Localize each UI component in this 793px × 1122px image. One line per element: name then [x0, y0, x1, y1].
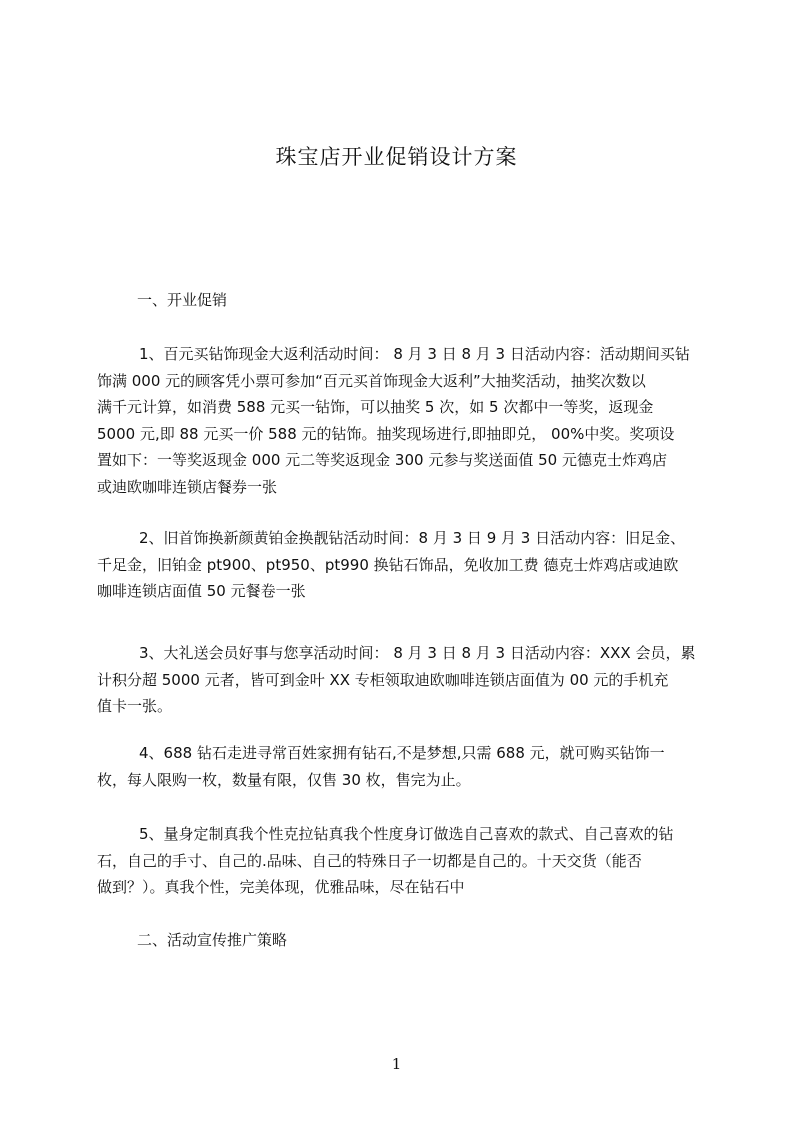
paragraph-line: 枚，每人限购一枚，数量有限，仅售 30 枚，售完为止。 [97, 767, 793, 794]
paragraph-line: 饰满 000 元的顾客凭小票可参加“百元买首饰现金大返利”大抽奖活动，抽奖次数以 [97, 368, 793, 395]
page-number: 1 [0, 1054, 793, 1074]
paragraph-item-5: 5、量身定制真我个性克拉钻真我个性度身订做选自己喜欢的款式、自己喜欢的钻 石，自… [97, 821, 793, 901]
paragraph-line: 置如下：一等奖返现金 000 元二等奖返现金 300 元参与奖送面值 50 元德… [97, 447, 793, 474]
paragraph-line: 计积分超 5000 元者，皆可到金叶 XX 专柜领取迪欧咖啡连锁店面值为 00 … [97, 667, 793, 694]
paragraph-item-3: 3、大礼送会员好事与您享活动时间： 8 月 3 日 8 月 3 日活动内容：XX… [97, 640, 793, 720]
paragraph-line: 3、大礼送会员好事与您享活动时间： 8 月 3 日 8 月 3 日活动内容：XX… [97, 640, 793, 667]
paragraph-line: 千足金，旧铂金 pt900、pt950、pt990 换钻石饰品，免收加工费 德克… [97, 552, 793, 579]
paragraph-line: 满千元计算，如消费 588 元买一钻饰，可以抽奖 5 次，如 5 次都中一等奖，… [97, 394, 793, 421]
document-title: 珠宝店开业促销设计方案 [0, 142, 793, 172]
paragraph-line: 咖啡连锁店面值 50 元餐卷一张 [97, 578, 793, 605]
paragraph-line: 5、量身定制真我个性克拉钻真我个性度身订做选自己喜欢的款式、自己喜欢的钻 [97, 821, 793, 848]
section-heading-promotion-strategy: 二、活动宣传推广策略 [137, 930, 287, 950]
paragraph-line: 或迪欧咖啡连锁店餐券一张 [97, 474, 793, 501]
document-page: 珠宝店开业促销设计方案 一、开业促销 1、百元买钻饰现金大返利活动时间： 8 月… [0, 0, 793, 1122]
paragraph-item-1: 1、百元买钻饰现金大返利活动时间： 8 月 3 日 8 月 3 日活动内容：活动… [97, 341, 793, 500]
paragraph-item-4: 4、688 钻石走进寻常百姓家拥有钻石,不是梦想,只需 688 元，就可购买钻饰… [97, 740, 793, 793]
paragraph-line: 做到？）。真我个性，完美体现，优雅品味，尽在钻石中 [97, 874, 793, 901]
paragraph-line: 1、百元买钻饰现金大返利活动时间： 8 月 3 日 8 月 3 日活动内容：活动… [97, 341, 793, 368]
paragraph-line: 2、旧首饰换新颜黄铂金换靓钻活动时间：8 月 3 日 9 月 3 日活动内容：旧… [97, 525, 793, 552]
paragraph-line: 石，自己的手寸、自己的.品味、自己的特殊日子一切都是自己的。十天交货（能否 [97, 848, 793, 875]
section-heading-opening-promotion: 一、开业促销 [137, 290, 227, 310]
paragraph-line: 值卡一张。 [97, 693, 793, 720]
paragraph-line: 5000 元,即 88 元买一价 588 元的钻饰。抽奖现场进行,即抽即兑， 0… [97, 421, 793, 448]
paragraph-line: 4、688 钻石走进寻常百姓家拥有钻石,不是梦想,只需 688 元，就可购买钻饰… [97, 740, 793, 767]
paragraph-item-2: 2、旧首饰换新颜黄铂金换靓钻活动时间：8 月 3 日 9 月 3 日活动内容：旧… [97, 525, 793, 605]
